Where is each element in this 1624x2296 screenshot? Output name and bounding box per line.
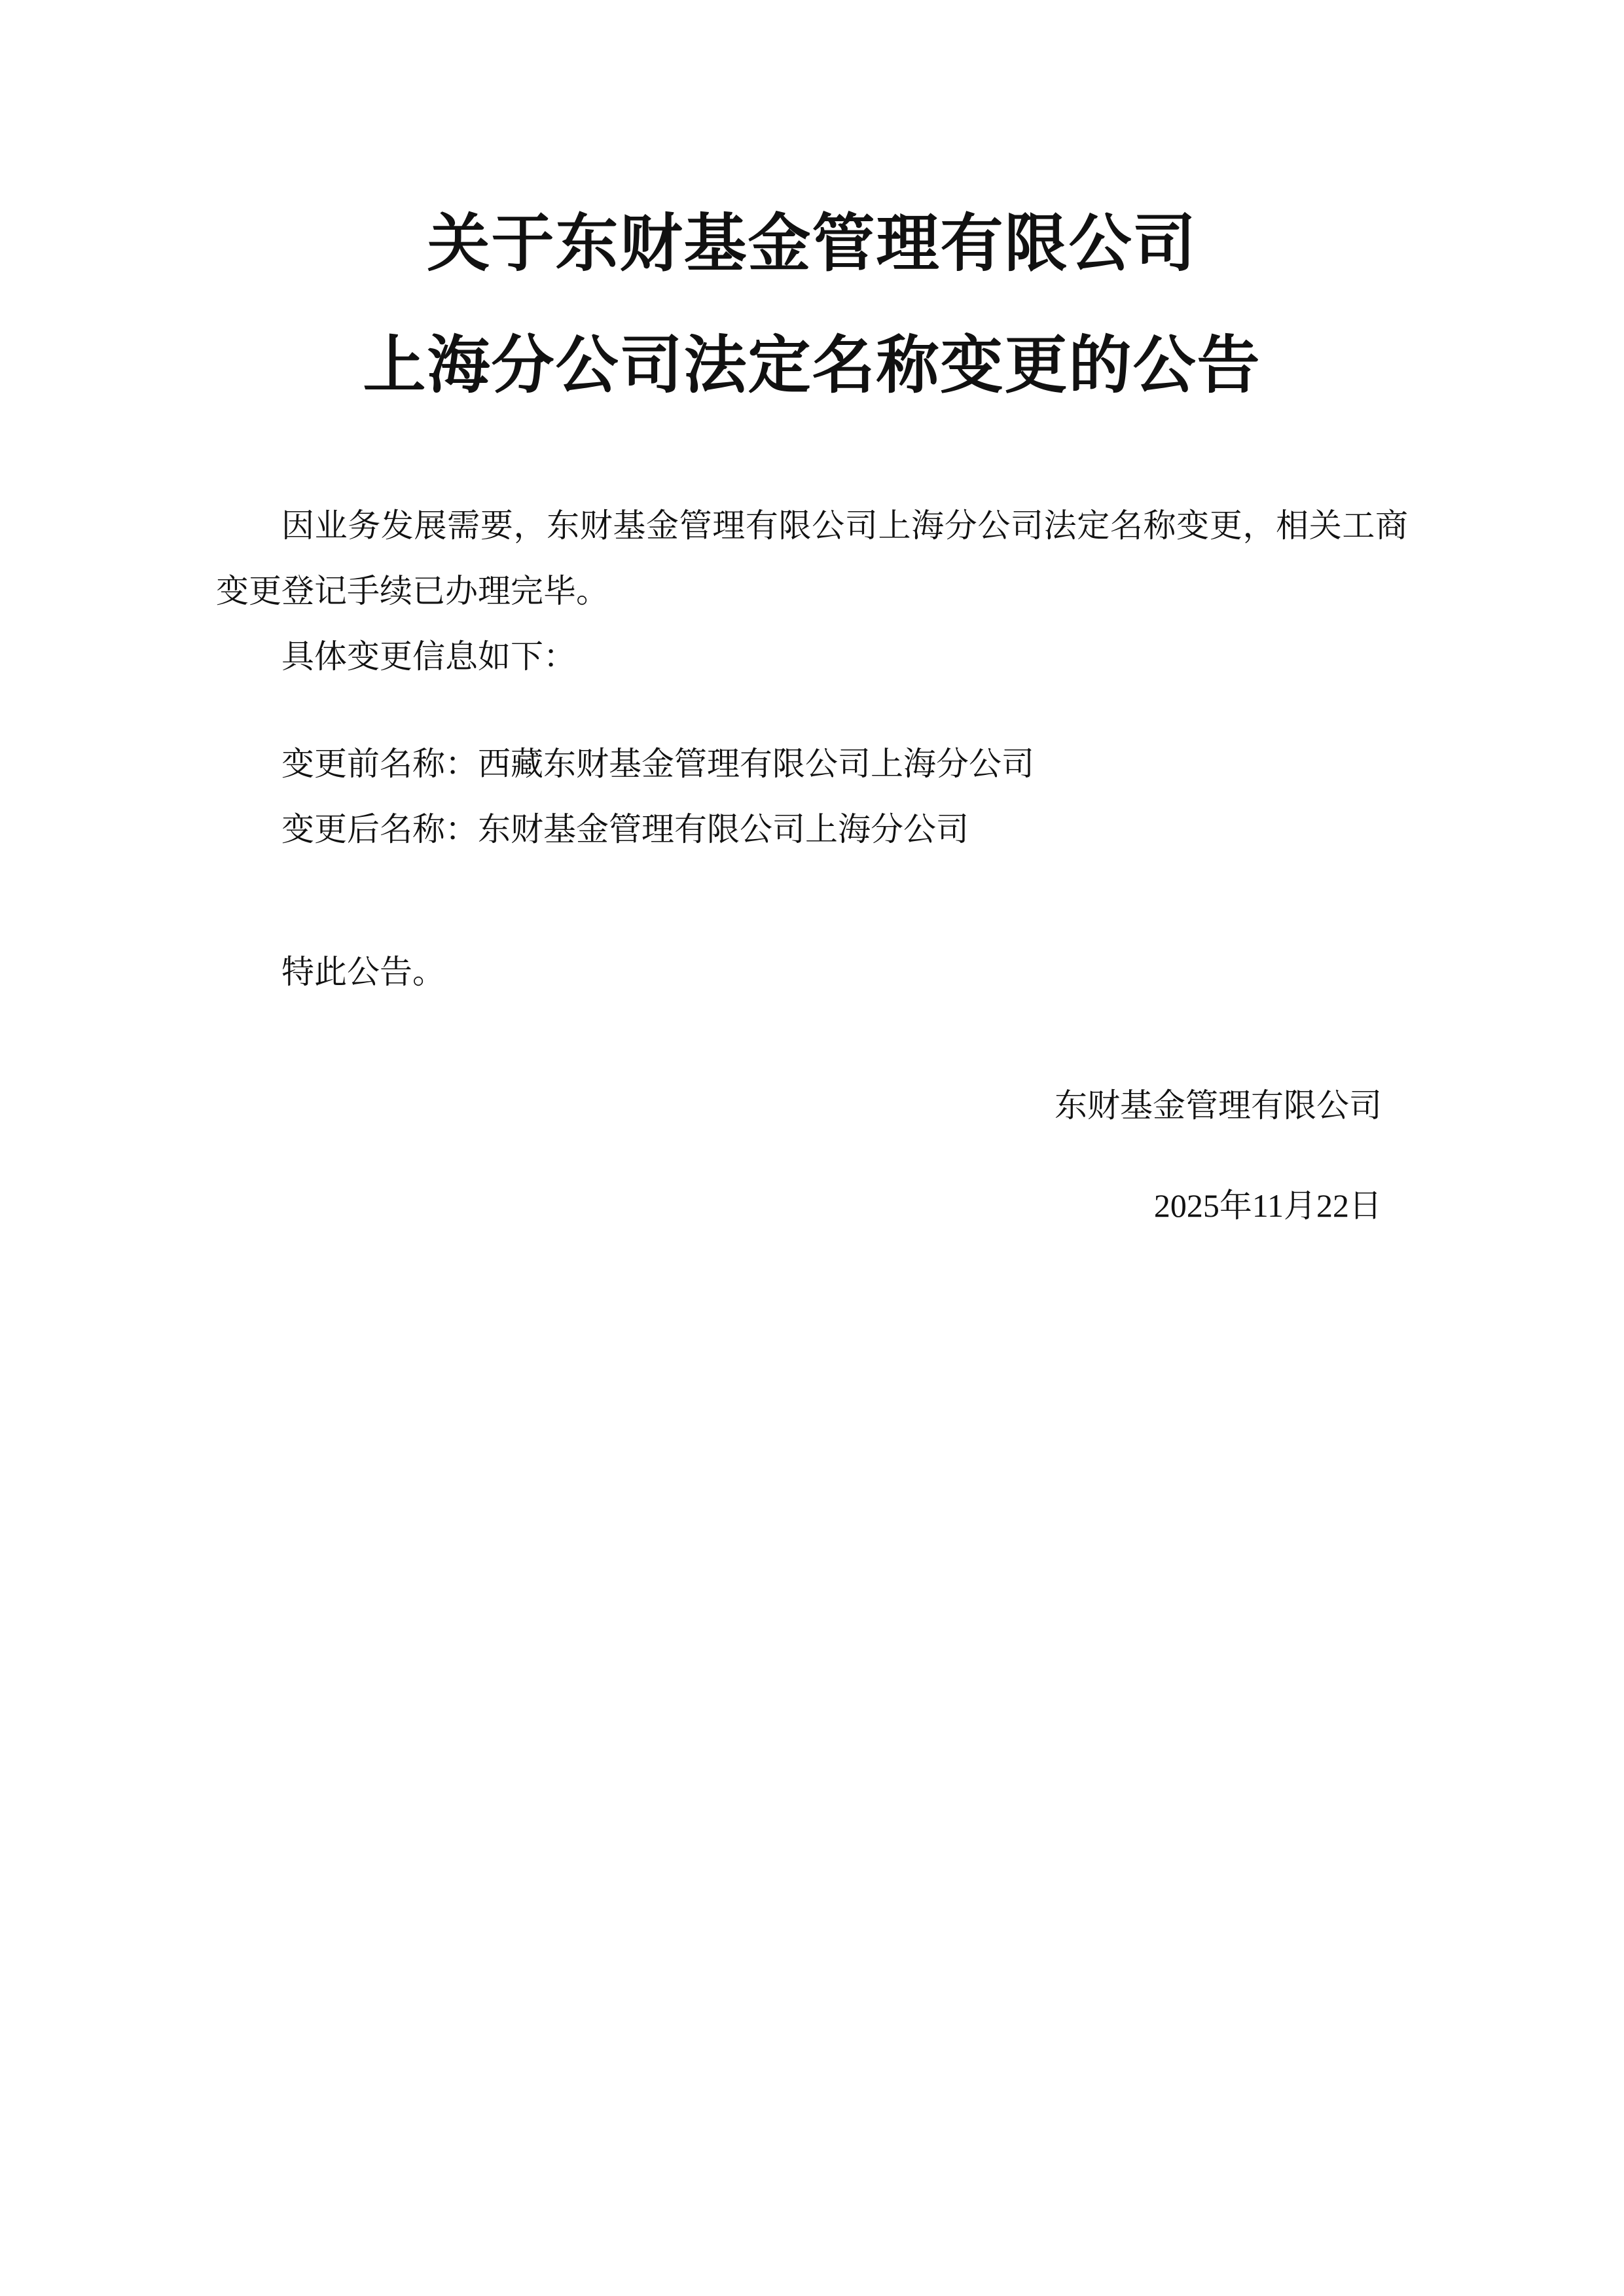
closing-line: 特此公告。 (216, 939, 1408, 1005)
announcement-page: 关于东财基金管理有限公司 上海分公司法定名称变更的公告 因业务发展需要，东财基金… (0, 0, 1624, 2296)
document-title-line2: 上海分公司法定名称变更的公告 (216, 305, 1408, 427)
signature-date: 2025年11月22日 (216, 1173, 1408, 1238)
change-before-label: 变更前名称： (281, 745, 478, 782)
document-title-line1: 关于东财基金管理有限公司 (216, 183, 1408, 305)
change-before-row: 变更前名称：西藏东财基金管理有限公司上海分公司 (216, 731, 1408, 797)
change-before-value: 西藏东财基金管理有限公司上海分公司 (478, 745, 1034, 782)
change-after-value: 东财基金管理有限公司上海分公司 (478, 811, 969, 848)
signature-company: 东财基金管理有限公司 (216, 1073, 1408, 1138)
document-title: 关于东财基金管理有限公司 上海分公司法定名称变更的公告 (216, 0, 1408, 427)
change-after-label: 变更后名称： (281, 811, 478, 848)
body-paragraph: 因业务发展需要，东财基金管理有限公司上海分公司法定名称变更，相关工商变更登记手续… (216, 493, 1408, 624)
change-info-block: 变更前名称：西藏东财基金管理有限公司上海分公司 变更后名称：东财基金管理有限公司… (216, 731, 1408, 862)
change-after-row: 变更后名称：东财基金管理有限公司上海分公司 (216, 797, 1408, 862)
intro-line: 具体变更信息如下： (216, 624, 1408, 689)
